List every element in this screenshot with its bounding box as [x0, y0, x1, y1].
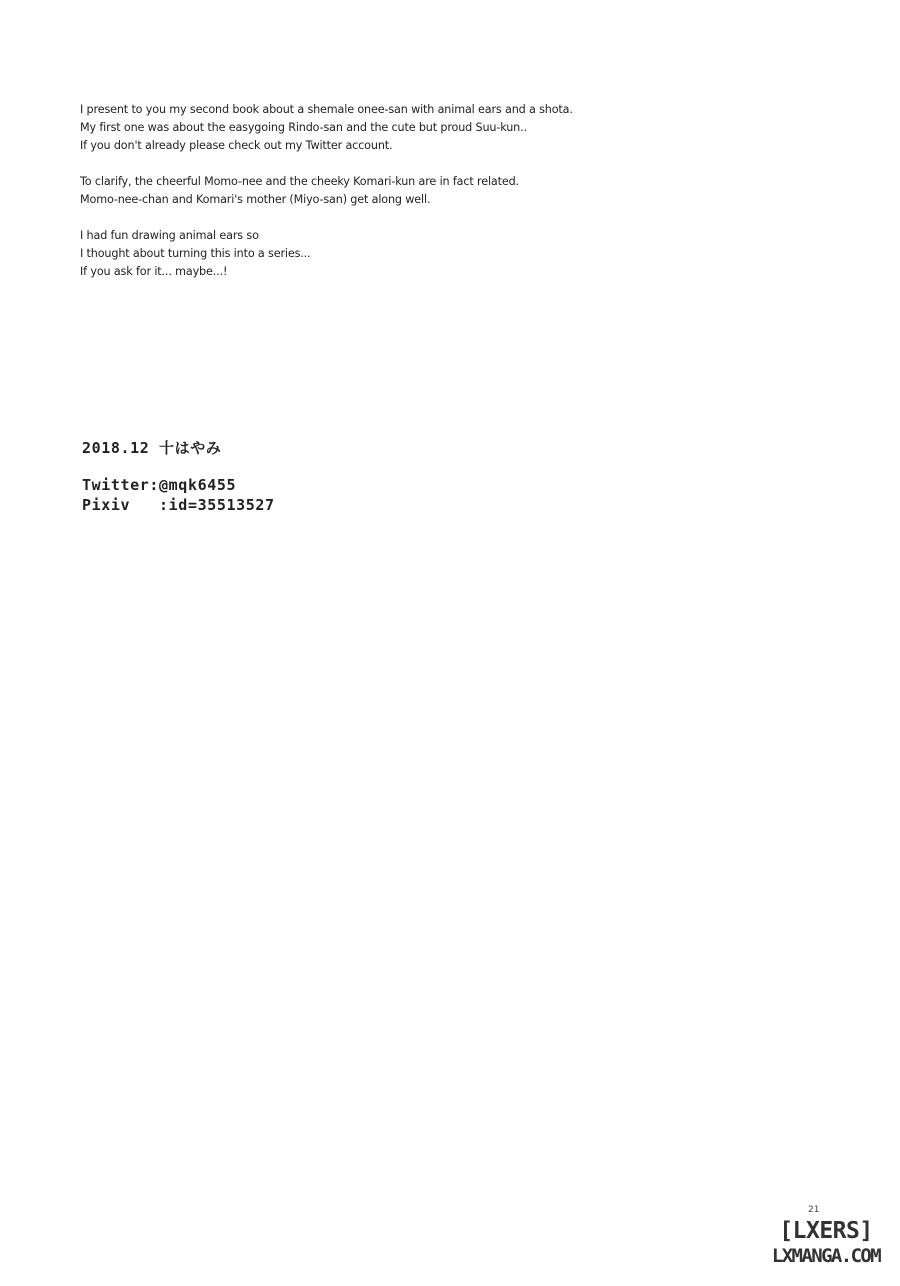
text-line: If you ask for it... maybe...!: [80, 263, 573, 281]
text-line: Momo-nee-chan and Komari's mother (Miyo-…: [80, 191, 573, 209]
paragraph-3: I had fun drawing animal ears so I thoug…: [80, 227, 573, 281]
twitter-handle: Twitter:@mqk6455: [82, 475, 275, 495]
author-signature: 2018.12 十はやみ Twitter:@mqk6455 Pixiv :id=…: [82, 437, 275, 515]
pixiv-id: Pixiv :id=35513527: [82, 495, 275, 515]
watermark-site: LXMANGA.COM: [752, 1244, 900, 1268]
text-line: I thought about turning this into a seri…: [80, 245, 573, 263]
text-line: My first one was about the easygoing Rin…: [80, 119, 573, 137]
page-number: 21: [808, 1205, 819, 1215]
paragraph-1: I present to you my second book about a …: [80, 101, 573, 155]
text-line: I had fun drawing animal ears so: [80, 227, 573, 245]
date-author: 2018.12 十はやみ: [82, 437, 275, 459]
watermark-group: [LXERS]: [752, 1218, 900, 1244]
paragraph-2: To clarify, the cheerful Momo-nee and th…: [80, 173, 573, 209]
contact-info: Twitter:@mqk6455 Pixiv :id=35513527: [82, 475, 275, 515]
text-line: I present to you my second book about a …: [80, 101, 573, 119]
text-line: If you don't already please check out my…: [80, 137, 573, 155]
watermark: [LXERS] LXMANGA.COM: [752, 1218, 900, 1268]
afterword-text: I present to you my second book about a …: [80, 101, 573, 299]
text-line: To clarify, the cheerful Momo-nee and th…: [80, 173, 573, 191]
